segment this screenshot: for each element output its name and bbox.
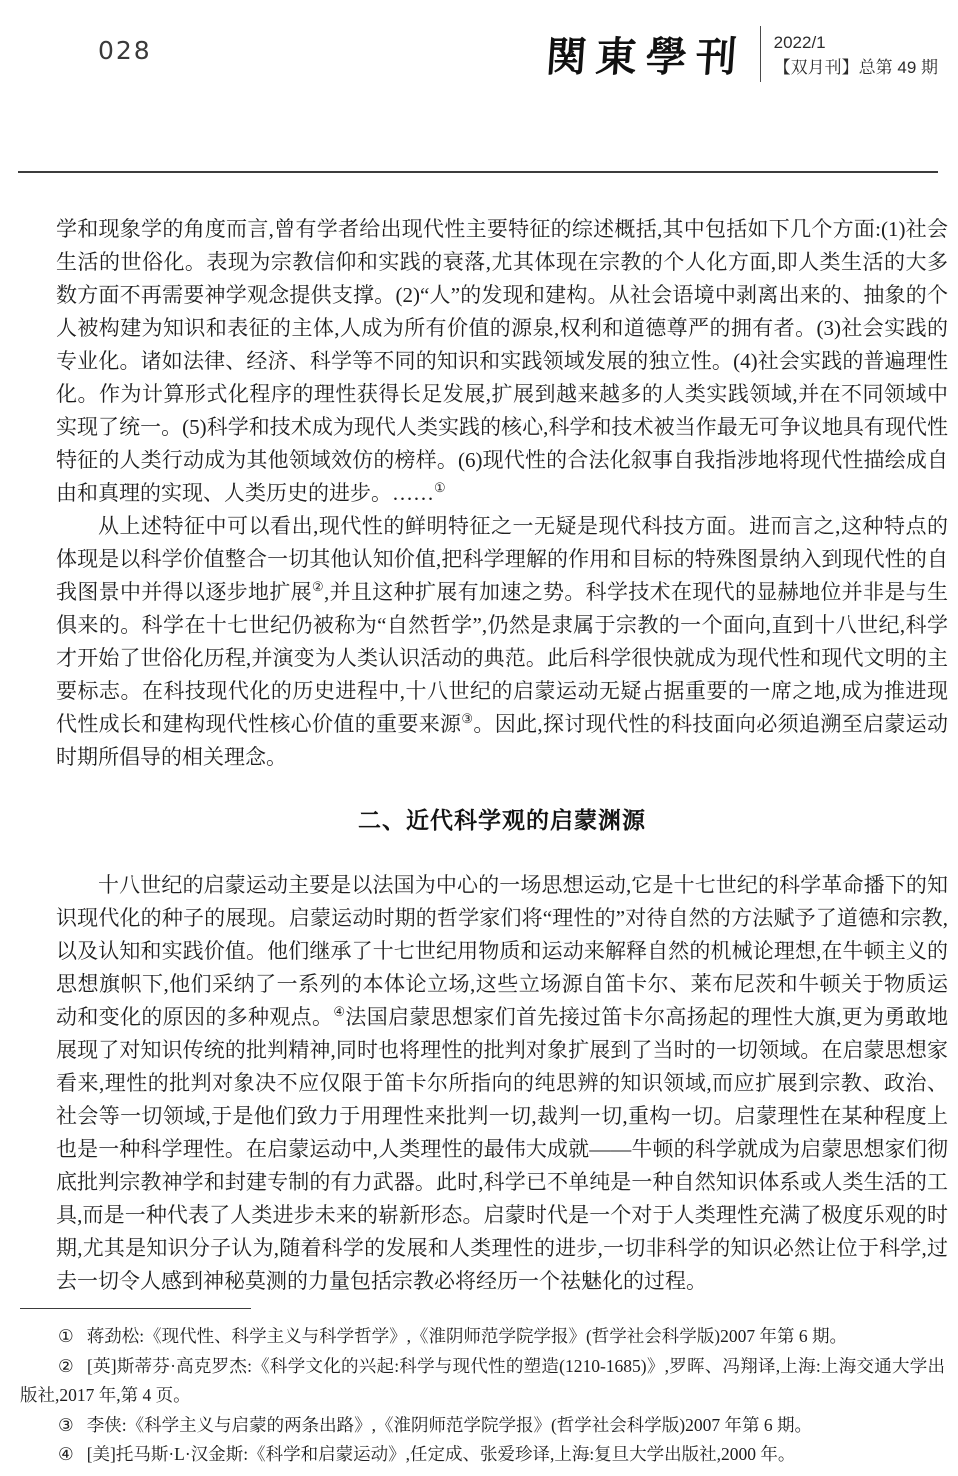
footnote: ③李侠:《科学主义与启蒙的两条出路》,《淮阴师范学院学报》(哲学社会科学版)20… [20,1411,945,1441]
footnote-marker: ③ [58,1415,74,1435]
page-header: 028 関東學刊 2022/1 【双月刊】总第 49 期 [0,24,958,94]
paragraph: 从上述特征中可以看出,现代性的鲜明特征之一无疑是现代科技方面。进而言之,这种特点… [56,510,948,774]
header-rule [18,171,938,173]
footnote-text: 李侠:《科学主义与启蒙的两条出路》,《淮阴师范学院学报》(哲学社会科学版)200… [87,1415,812,1435]
paragraph: 学和现象学的角度而言,曾有学者给出现代性主要特征的综述概括,其中包括如下几个方面… [56,213,948,510]
journal-masthead: 関東學刊 2022/1 【双月刊】总第 49 期 [546,24,938,83]
footnote: ④[美]托马斯·L·汉金斯:《科学和启蒙运动》,任定成、张爱珍译,上海:复旦大学… [20,1440,945,1470]
footnote-marker: ① [58,1326,74,1346]
footnote: ①蒋劲松:《现代性、科学主义与科学哲学》,《淮阴师范学院学报》(哲学社会科学版)… [20,1322,945,1352]
page-number: 028 [98,36,152,65]
footnote-marker: ② [58,1356,74,1376]
issue-number: 2022/1 [774,30,938,55]
volume-info: 【双月刊】总第 49 期 [774,55,938,80]
footnote-text: 蒋劲松:《现代性、科学主义与科学哲学》,《淮阴师范学院学报》(哲学社会科学版)2… [87,1326,847,1346]
issue-info: 2022/1 【双月刊】总第 49 期 [774,28,938,80]
footnote: ②[英]斯蒂芬·高克罗杰:《科学文化的兴起:科学与现代性的塑造(1210-168… [20,1352,945,1411]
footnotes-list: ①蒋劲松:《现代性、科学主义与科学哲学》,《淮阴师范学院学报》(哲学社会科学版)… [20,1322,945,1470]
footnote-rule [20,1308,251,1309]
footnote-marker: ④ [58,1444,74,1464]
article-body: 学和现象学的角度而言,曾有学者给出现代性主要特征的综述概括,其中包括如下几个方面… [56,213,948,1298]
footnote-text: [美]托马斯·L·汉金斯:《科学和启蒙运动》,任定成、张爱珍译,上海:复旦大学出… [87,1444,796,1464]
footnote-ref: ④ [333,1004,345,1019]
paragraph: 十八世纪的启蒙运动主要是以法国为中心的一场思想运动,它是十七世纪的科学革命播下的… [56,869,948,1298]
section-heading: 二、近代科学观的启蒙渊源 [56,804,948,837]
footnote-ref: ① [434,480,446,495]
footnotes-section: ①蒋劲松:《现代性、科学主义与科学哲学》,《淮阴师范学院学报》(哲学社会科学版)… [20,1308,945,1470]
journal-title-calligraphy: 関東學刊 [544,24,752,83]
footnote-ref: ③ [461,711,473,726]
masthead-divider [760,26,761,82]
footnote-ref: ② [312,579,324,594]
footnote-text: [英]斯蒂芬·高克罗杰:《科学文化的兴起:科学与现代性的塑造(1210-1685… [20,1356,945,1406]
journal-page: 028 関東學刊 2022/1 【双月刊】总第 49 期 学和现象学的角度而言,… [0,0,958,1476]
